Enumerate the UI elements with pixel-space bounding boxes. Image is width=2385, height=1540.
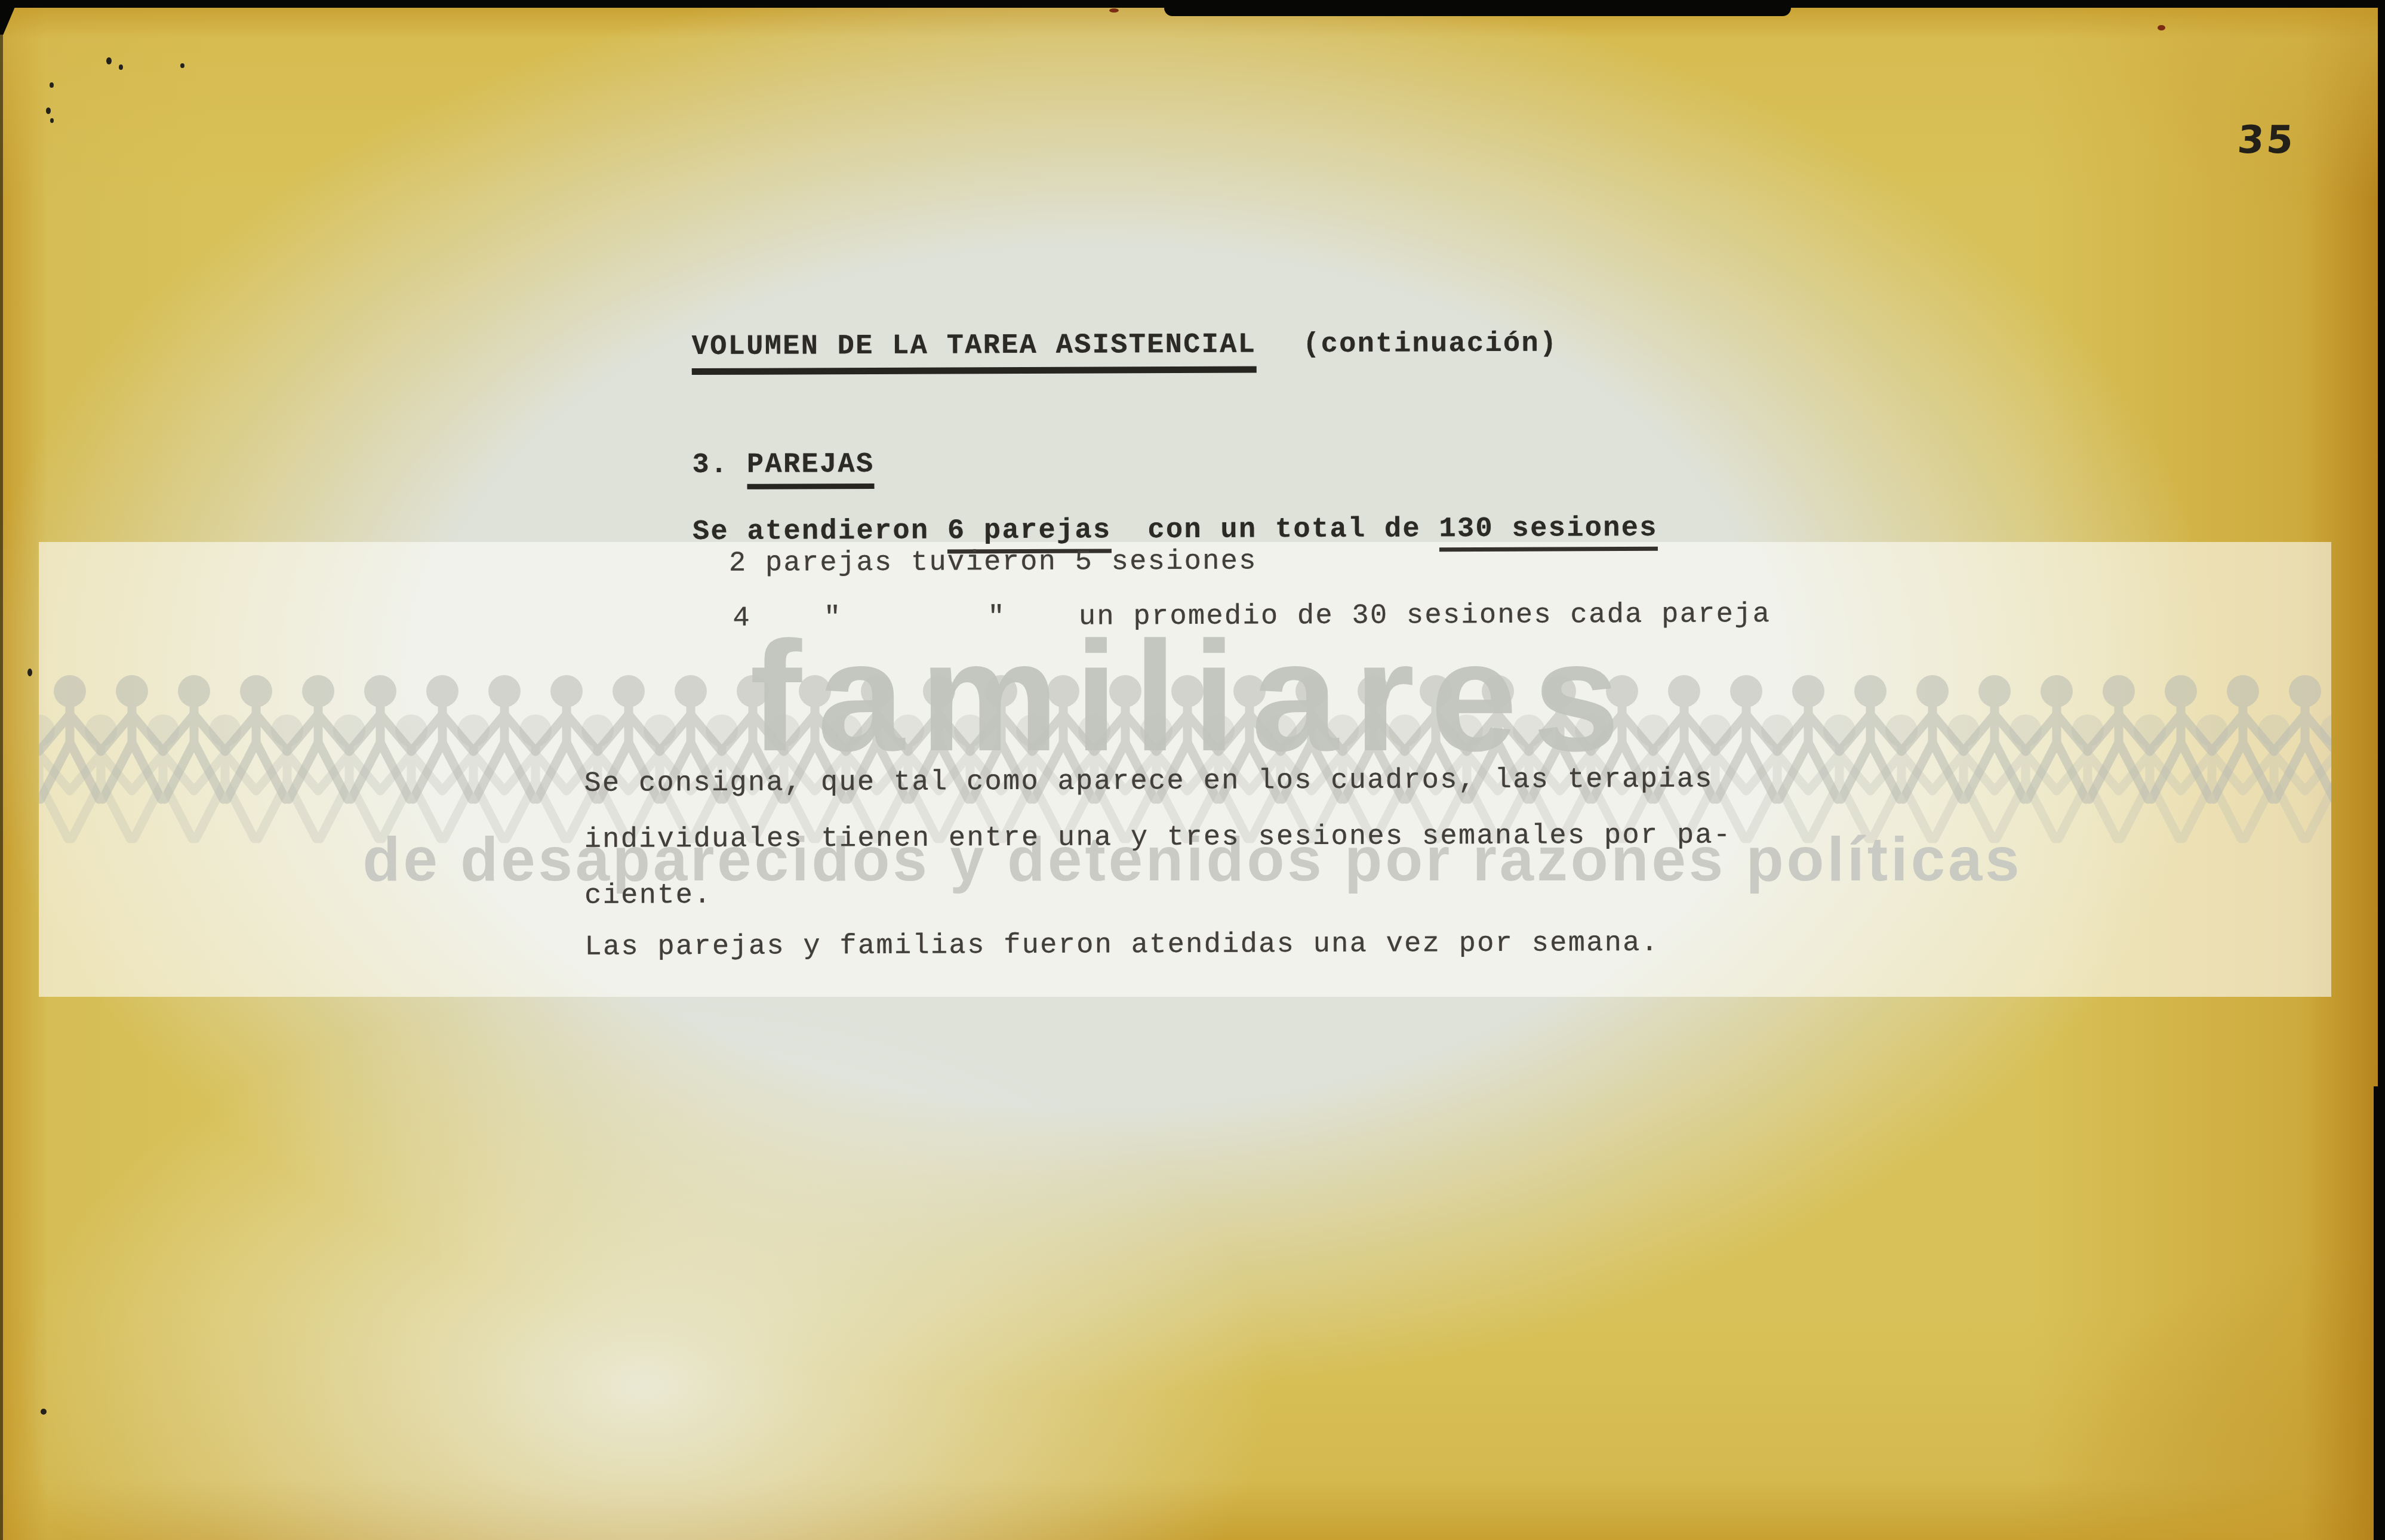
stain-speck	[1109, 8, 1119, 13]
paragraph-line: Se consigna, que tal como aparece en los…	[584, 766, 1713, 798]
document-title-suffix: (continuación)	[1303, 328, 1558, 361]
summary-middle: con un total de	[1111, 513, 1439, 546]
section-title: PAREJAS	[747, 449, 875, 489]
ink-speck	[27, 669, 32, 676]
ink-speck	[180, 63, 184, 68]
section-number: 3.	[692, 449, 747, 481]
ink-speck	[50, 82, 54, 88]
ink-speck	[46, 107, 51, 114]
ink-speck	[41, 1409, 47, 1415]
document-title-line: VOLUMEN DE LA TAREA ASISTENCIAL(continua…	[582, 302, 1558, 390]
ink-speck	[119, 64, 123, 70]
document-title: VOLUMEN DE LA TAREA ASISTENCIAL	[692, 329, 1257, 375]
detail-line: 2 parejas tuvieron 5 sesiones	[729, 547, 1257, 577]
scan-edge-right-bottom	[2374, 1086, 2385, 1540]
detail-line: 4 " " un promedio de 30 sesiones cada pa…	[733, 600, 1771, 633]
ink-speck	[106, 57, 112, 64]
ink-speck	[50, 118, 54, 123]
summary-prefix: Se atendieron	[693, 515, 947, 548]
paragraph-line: individuales tienen entre una y tres ses…	[584, 821, 1732, 854]
summary-sessions-count: 130 sesiones	[1439, 513, 1657, 552]
paragraph-line: ciente.	[584, 882, 712, 910]
scanned-document-page: familiares de desaparecidos y detenidos …	[0, 0, 2385, 1540]
paragraph-line: Las parejas y familias fueron atendidas …	[584, 929, 1659, 962]
typed-content: VOLUMEN DE LA TAREA ASISTENCIAL(continua…	[0, 0, 2385, 1540]
scan-edge-left	[0, 33, 3, 1540]
stain-speck	[2158, 25, 2165, 30]
scan-edge-top-bulge	[1164, 0, 1791, 16]
